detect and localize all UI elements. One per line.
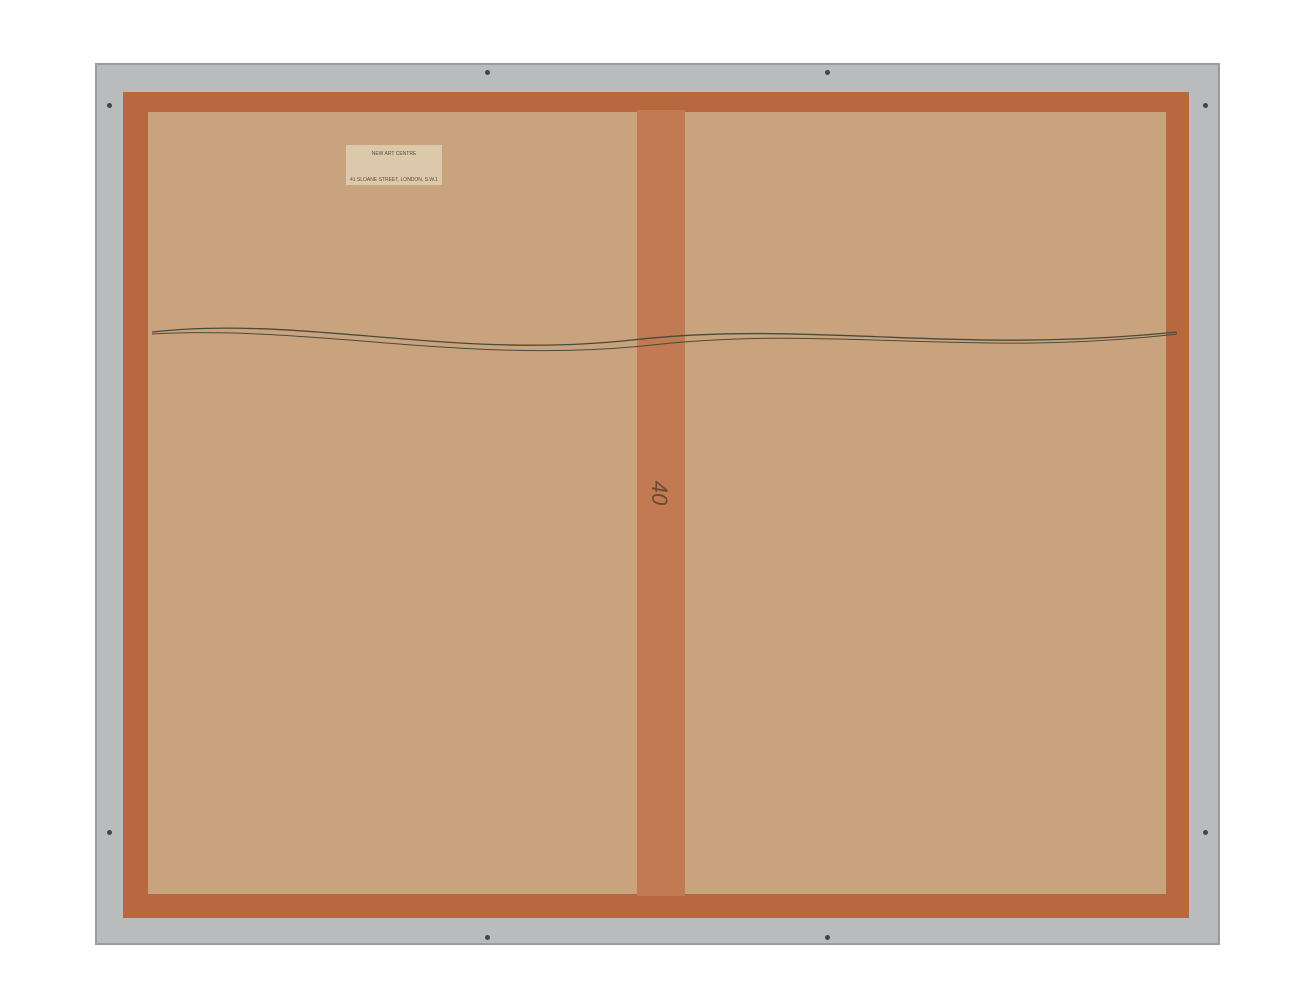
screw	[107, 103, 112, 108]
screw	[825, 70, 830, 75]
handwritten-number: 40	[646, 481, 672, 505]
label-address: 41 SLOANE STREET, LONDON, S.W.1	[346, 177, 442, 183]
center-cross-bar: 40	[637, 110, 685, 896]
screw	[485, 935, 490, 940]
screw	[485, 70, 490, 75]
screw	[825, 935, 830, 940]
screw	[1203, 830, 1208, 835]
label-title: NEW ART CENTRE	[346, 151, 442, 157]
hanging-wire	[152, 320, 1182, 370]
screw	[107, 830, 112, 835]
gallery-label: NEW ART CENTRE 41 SLOANE STREET, LONDON,…	[346, 145, 442, 185]
screw	[1203, 103, 1208, 108]
